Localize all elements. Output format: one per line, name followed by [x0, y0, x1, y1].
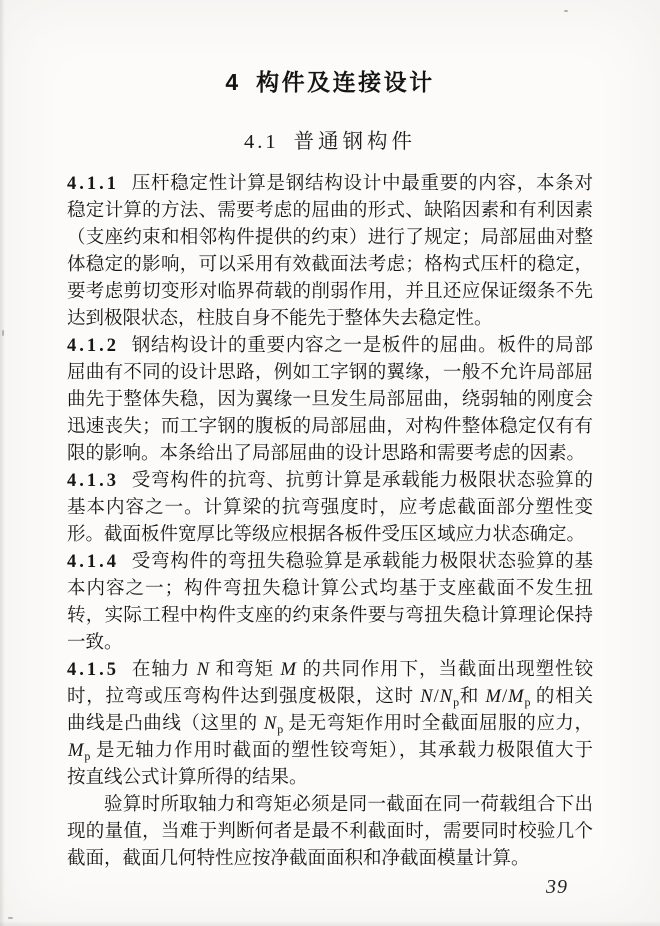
text-line: 要考虑剪切变形对临界荷载的削弱作用，并且还应保证缀条不先	[67, 279, 593, 306]
text-line: 转，实际工程中构件支座的约束条件要与弯扭失稳计算理论保持	[67, 603, 593, 630]
section-heading: 4.1普通钢构件	[0, 124, 660, 154]
body-text: 4.1.1压杆稳定性计算是钢结构设计中最重要的内容，本条对稳定计算的方法、需要考…	[67, 171, 593, 873]
text-line: （支座约束和相邻构件提供的约束）进行了规定；局部屈曲对整	[67, 225, 593, 252]
text-line: 达到极限状态，柱肢自身不能先于整体失去稳定性。	[67, 306, 593, 333]
text-line: 基本内容之一。计算梁的抗弯强度时，应考虑截面部分塑性变	[67, 495, 593, 522]
text-line: 限的影响。本条给出了局部屈曲的设计思路和需要考虑的因素。	[67, 441, 593, 468]
math-variable: M	[67, 741, 84, 761]
math-subscript: p	[84, 749, 90, 763]
text-line: 迅速丧失；而工字钢的腹板的局部屈曲，对构件整体稳定仅有有	[67, 414, 593, 441]
math-variable: N	[439, 687, 453, 707]
clause-number: 4.1.4	[67, 552, 119, 572]
clause-number: 4.1.5	[67, 660, 119, 680]
text-line: 4.1.2钢结构设计的重要内容之一是板件的屈曲。板件的局部	[67, 333, 593, 360]
text-line: Mp 是无轴力作用时截面的塑性铰弯矩），其承载力极限值大于	[67, 738, 593, 765]
math-variable: M	[507, 687, 524, 707]
math-variable: N	[419, 687, 433, 707]
text-line: 本内容之一；构件弯扭失稳计算公式均基于支座截面不发生扭	[67, 576, 593, 603]
document-page: 4构件及连接设计 4.1普通钢构件 4.1.1压杆稳定性计算是钢结构设计中最重要…	[0, 0, 660, 926]
text-line: 一致。	[67, 630, 593, 657]
text-line: 曲线是凸曲线（这里的 Np 是无弯矩作用时全截面屈服的应力，	[67, 711, 593, 738]
text-line: 4.1.1压杆稳定性计算是钢结构设计中最重要的内容，本条对	[67, 171, 593, 198]
section-number: 4.1	[244, 131, 279, 153]
text-line: 曲先于整体失稳，因为翼缘一旦发生局部屈曲，绕弱轴的刚度会	[67, 387, 593, 414]
page-number: 39	[546, 876, 568, 899]
chapter-number: 4	[225, 69, 238, 95]
scan-artifact	[8, 917, 13, 919]
text-line: 体稳定的影响，可以采用有效截面法考虑；格构式压杆的稳定，	[67, 252, 593, 279]
text-line: 4.1.4受弯构件的弯扭失稳验算是承载能力极限状态验算的基	[67, 549, 593, 576]
math-variable: M	[280, 660, 297, 680]
chapter-title: 构件及连接设计	[256, 69, 435, 95]
text-line: 按直线公式计算所得的结果。	[67, 765, 593, 792]
math-subscript: p	[525, 695, 531, 709]
text-line: 4.1.3受弯构件的抗弯、抗剪计算是承载能力极限状态验算的	[67, 468, 593, 495]
math-subscript: p	[453, 695, 459, 709]
clause-number: 4.1.3	[67, 471, 119, 491]
scan-artifact	[564, 10, 568, 12]
text-line: 验算时所取轴力和弯矩必须是同一截面在同一荷载组合下出	[67, 792, 593, 819]
math-variable: N	[196, 660, 210, 680]
math-variable: N	[263, 714, 277, 734]
text-line: 形。截面板件宽厚比等级应根据各板件受压区域应力状态确定。	[67, 522, 593, 549]
scan-artifact	[2, 330, 4, 336]
text-line: 截面，截面几何特性应按净截面面积和净截面模量计算。	[67, 846, 593, 873]
chapter-heading: 4构件及连接设计	[0, 64, 660, 97]
math-subscript: p	[277, 722, 283, 736]
text-line: 4.1.5在轴力 N 和弯矩 M 的共同作用下，当截面出现塑性铰	[67, 657, 593, 684]
math-variable: M	[485, 687, 502, 707]
scan-edge-shadow-bottom	[0, 921, 660, 926]
clause-number: 4.1.2	[67, 336, 119, 356]
text-line: 现的量值，当难于判断何者是最不利截面时，需要同时校验几个	[67, 819, 593, 846]
text-line: 屈曲有不同的设计思路，例如工字钢的翼缘，一般不允许局部屈	[67, 360, 593, 387]
section-title: 普通钢构件	[294, 131, 417, 153]
text-line: 时，拉弯或压弯构件达到强度极限，这时 N/Np和 M/Mp 的相关	[67, 684, 593, 711]
clause-number: 4.1.1	[67, 174, 119, 194]
text-line: 稳定计算的方法、需要考虑的屈曲的形式、缺陷因素和有利因素	[67, 198, 593, 225]
